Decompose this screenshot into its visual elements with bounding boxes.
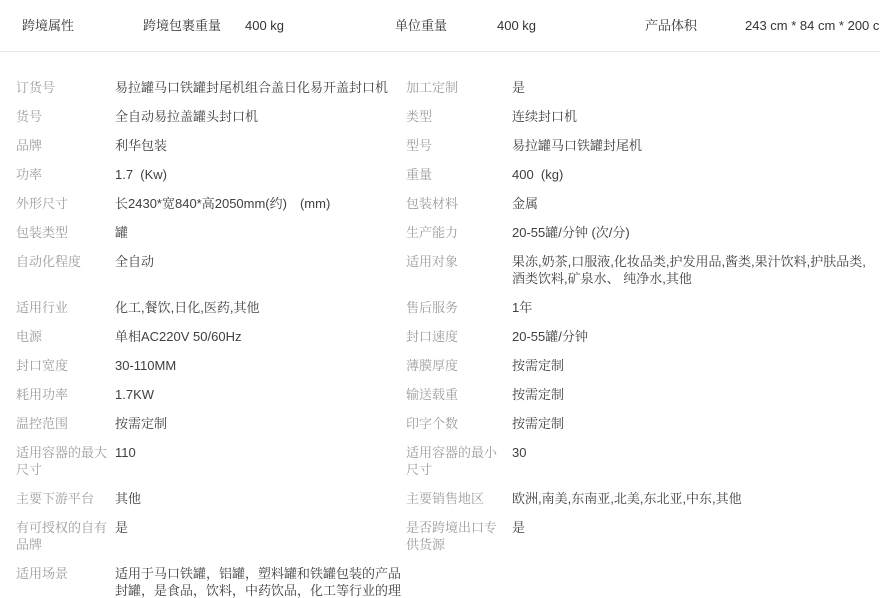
attribute-value: 400 (kg) bbox=[512, 166, 872, 183]
table-row: 外形尺寸长2430*宽840*高2050mm(约) (mm)包装材料金属 bbox=[0, 189, 880, 218]
attribute-label: 薄膜厚度 bbox=[406, 357, 512, 374]
attribute-label: 重量 bbox=[406, 166, 512, 183]
spec-cell-right: 适用对象果冻,奶茶,口服液,化妆品类,护发用品,酱类,果汁饮料,护肤品类,酒类饮… bbox=[406, 247, 880, 293]
product-attributes-page: { "accent_colors": { "label_gray": "#9c9… bbox=[0, 0, 880, 598]
attribute-label: 电源 bbox=[16, 328, 115, 345]
table-row: 主要下游平台其他主要销售地区欧洲,南美,东南亚,北美,东北亚,中东,其他 bbox=[0, 484, 880, 513]
spec-cell-right: 售后服务1年 bbox=[406, 293, 880, 322]
attribute-label: 输送载重 bbox=[406, 386, 512, 403]
attribute-label: 适用容器的最小尺寸 bbox=[406, 444, 512, 478]
spec-cell-left: 货号全自动易拉盖罐头封口机 bbox=[0, 102, 406, 131]
attribute-value: 金属 bbox=[512, 195, 872, 212]
attribute-value: 是 bbox=[512, 79, 872, 96]
attribute-value: 利华包装 bbox=[115, 137, 406, 154]
attr-value-package-weight: 400 kg bbox=[245, 17, 395, 34]
table-row: 订货号易拉罐马口铁罐封尾机组合盖日化易开盖封口机加工定制是 bbox=[0, 73, 880, 102]
attribute-label: 类型 bbox=[406, 108, 512, 125]
spec-cell-right: 重量400 (kg) bbox=[406, 160, 880, 189]
spec-cell-right: 类型连续封口机 bbox=[406, 102, 880, 131]
attribute-value: 易拉罐马口铁罐封尾机组合盖日化易开盖封口机 bbox=[115, 79, 406, 96]
attribute-value: 易拉罐马口铁罐封尾机 bbox=[512, 137, 872, 154]
attribute-label: 包装类型 bbox=[16, 224, 115, 241]
table-row: 封口宽度30-110MM薄膜厚度按需定制 bbox=[0, 351, 880, 380]
attribute-label: 封口速度 bbox=[406, 328, 512, 345]
spec-cell-left: 主要下游平台其他 bbox=[0, 484, 406, 513]
attr-value-unit-weight: 400 kg bbox=[497, 17, 645, 34]
section-title: 跨境属性 bbox=[22, 17, 143, 34]
attribute-value: 110 bbox=[115, 444, 406, 478]
spec-cell-left: 封口宽度30-110MM bbox=[0, 351, 406, 380]
attribute-value: 是 bbox=[115, 519, 406, 553]
attribute-label: 适用容器的最大尺寸 bbox=[16, 444, 115, 478]
spec-cell-right: 适用容器的最小尺寸30 bbox=[406, 438, 880, 484]
spec-cell-right: 生产能力20-55罐/分钟 (次/分) bbox=[406, 218, 880, 247]
spec-cell-left: 适用场景适用于马口铁罐，铝罐，塑料罐和铁罐包装的产品封罐，是食品，饮料，中药饮品… bbox=[0, 559, 406, 598]
attribute-label: 适用场景 bbox=[16, 565, 115, 598]
attribute-value: 罐 bbox=[115, 224, 406, 241]
attribute-label: 封口宽度 bbox=[16, 357, 115, 374]
attribute-value: 全自动 bbox=[115, 253, 406, 287]
attribute-value: 按需定制 bbox=[115, 415, 406, 432]
attribute-label: 适用行业 bbox=[16, 299, 115, 316]
cross-border-attr-bar: 跨境属性 跨境包裹重量 400 kg 单位重量 400 kg 产品体积 243 … bbox=[0, 0, 880, 52]
spec-cell-left: 品牌利华包装 bbox=[0, 131, 406, 160]
attribute-label: 自动化程度 bbox=[16, 253, 115, 287]
spec-cell-right bbox=[406, 559, 880, 598]
spec-cell-right: 是否跨境出口专供货源是 bbox=[406, 513, 880, 559]
spec-table: 订货号易拉罐马口铁罐封尾机组合盖日化易开盖封口机加工定制是货号全自动易拉盖罐头封… bbox=[0, 52, 880, 598]
attribute-value: 按需定制 bbox=[512, 415, 872, 432]
attribute-value: 20-55罐/分钟 bbox=[512, 328, 872, 345]
table-row: 有可授权的自有品牌是是否跨境出口专供货源是 bbox=[0, 513, 880, 559]
table-row: 货号全自动易拉盖罐头封口机类型连续封口机 bbox=[0, 102, 880, 131]
spec-cell-left: 适用容器的最大尺寸110 bbox=[0, 438, 406, 484]
attribute-label: 货号 bbox=[16, 108, 115, 125]
attribute-value: 其他 bbox=[115, 490, 406, 507]
attribute-value: 化工,餐饮,日化,医药,其他 bbox=[115, 299, 406, 316]
table-row: 品牌利华包装型号易拉罐马口铁罐封尾机 bbox=[0, 131, 880, 160]
attribute-value: 欧洲,南美,东南亚,北美,东北亚,中东,其他 bbox=[512, 490, 872, 507]
attribute-label: 生产能力 bbox=[406, 224, 512, 241]
table-row: 适用行业化工,餐饮,日化,医药,其他售后服务1年 bbox=[0, 293, 880, 322]
spec-cell-left: 自动化程度全自动 bbox=[0, 247, 406, 293]
attribute-label: 品牌 bbox=[16, 137, 115, 154]
attribute-label: 加工定制 bbox=[406, 79, 512, 96]
attribute-value: 1.7 (Kw) bbox=[115, 166, 406, 183]
attribute-label: 适用对象 bbox=[406, 253, 512, 287]
attribute-value: 30 bbox=[512, 444, 872, 478]
attribute-label: 有可授权的自有品牌 bbox=[16, 519, 115, 553]
spec-cell-left: 温控范围按需定制 bbox=[0, 409, 406, 438]
spec-cell-right: 薄膜厚度按需定制 bbox=[406, 351, 880, 380]
attribute-label bbox=[406, 565, 512, 598]
spec-cell-left: 包装类型罐 bbox=[0, 218, 406, 247]
attr-label-product-volume: 产品体积 bbox=[645, 17, 745, 34]
attribute-value: 果冻,奶茶,口服液,化妆品类,护发用品,酱类,果汁饮料,护肤品类,酒类饮料,矿泉… bbox=[512, 253, 872, 287]
attribute-value: 全自动易拉盖罐头封口机 bbox=[115, 108, 406, 125]
table-row: 适用场景适用于马口铁罐，铝罐，塑料罐和铁罐包装的产品封罐，是食品，饮料，中药饮品… bbox=[0, 559, 880, 598]
attribute-label: 是否跨境出口专供货源 bbox=[406, 519, 512, 553]
attribute-label: 主要销售地区 bbox=[406, 490, 512, 507]
attribute-value: 按需定制 bbox=[512, 386, 872, 403]
table-row: 自动化程度全自动适用对象果冻,奶茶,口服液,化妆品类,护发用品,酱类,果汁饮料,… bbox=[0, 247, 880, 293]
table-row: 温控范围按需定制印字个数按需定制 bbox=[0, 409, 880, 438]
spec-cell-right: 输送载重按需定制 bbox=[406, 380, 880, 409]
spec-cell-left: 订货号易拉罐马口铁罐封尾机组合盖日化易开盖封口机 bbox=[0, 73, 406, 102]
table-row: 功率1.7 (Kw)重量400 (kg) bbox=[0, 160, 880, 189]
attribute-value bbox=[512, 565, 872, 598]
spec-cell-right: 型号易拉罐马口铁罐封尾机 bbox=[406, 131, 880, 160]
spec-cell-right: 包装材料金属 bbox=[406, 189, 880, 218]
attribute-value: 1年 bbox=[512, 299, 872, 316]
attribute-value: 是 bbox=[512, 519, 872, 553]
attr-label-package-weight: 跨境包裹重量 bbox=[143, 17, 245, 34]
spec-cell-left: 电源单相AC220V 50/60Hz bbox=[0, 322, 406, 351]
attribute-label: 温控范围 bbox=[16, 415, 115, 432]
attribute-label: 售后服务 bbox=[406, 299, 512, 316]
spec-cell-left: 有可授权的自有品牌是 bbox=[0, 513, 406, 559]
table-row: 适用容器的最大尺寸110适用容器的最小尺寸30 bbox=[0, 438, 880, 484]
attribute-label: 型号 bbox=[406, 137, 512, 154]
attribute-label: 外形尺寸 bbox=[16, 195, 115, 212]
attribute-value: 长2430*宽840*高2050mm(约) (mm) bbox=[115, 195, 406, 212]
spec-cell-left: 耗用功率1.7KW bbox=[0, 380, 406, 409]
spec-cell-left: 功率1.7 (Kw) bbox=[0, 160, 406, 189]
attribute-value: 适用于马口铁罐，铝罐，塑料罐和铁罐包装的产品封罐，是食品，饮料，中药饮品，化工等… bbox=[115, 565, 406, 598]
attribute-label: 印字个数 bbox=[406, 415, 512, 432]
attribute-label: 订货号 bbox=[16, 79, 115, 96]
attribute-value: 20-55罐/分钟 (次/分) bbox=[512, 224, 872, 241]
attr-value-product-volume: 243 cm * 84 cm * 200 cm bbox=[745, 17, 880, 34]
attribute-label: 包装材料 bbox=[406, 195, 512, 212]
table-row: 包装类型罐生产能力20-55罐/分钟 (次/分) bbox=[0, 218, 880, 247]
attribute-value: 30-110MM bbox=[115, 357, 406, 374]
spec-cell-right: 封口速度20-55罐/分钟 bbox=[406, 322, 880, 351]
spec-cell-left: 适用行业化工,餐饮,日化,医药,其他 bbox=[0, 293, 406, 322]
attribute-label: 功率 bbox=[16, 166, 115, 183]
spec-cell-right: 主要销售地区欧洲,南美,东南亚,北美,东北亚,中东,其他 bbox=[406, 484, 880, 513]
attribute-label: 主要下游平台 bbox=[16, 490, 115, 507]
spec-cell-right: 印字个数按需定制 bbox=[406, 409, 880, 438]
table-row: 电源单相AC220V 50/60Hz封口速度20-55罐/分钟 bbox=[0, 322, 880, 351]
attribute-value: 按需定制 bbox=[512, 357, 872, 374]
attribute-label: 耗用功率 bbox=[16, 386, 115, 403]
attribute-value: 1.7KW bbox=[115, 386, 406, 403]
attribute-value: 单相AC220V 50/60Hz bbox=[115, 328, 406, 345]
table-row: 耗用功率1.7KW输送载重按需定制 bbox=[0, 380, 880, 409]
spec-cell-left: 外形尺寸长2430*宽840*高2050mm(约) (mm) bbox=[0, 189, 406, 218]
spec-cell-right: 加工定制是 bbox=[406, 73, 880, 102]
attribute-value: 连续封口机 bbox=[512, 108, 872, 125]
attr-label-unit-weight: 单位重量 bbox=[395, 17, 497, 34]
